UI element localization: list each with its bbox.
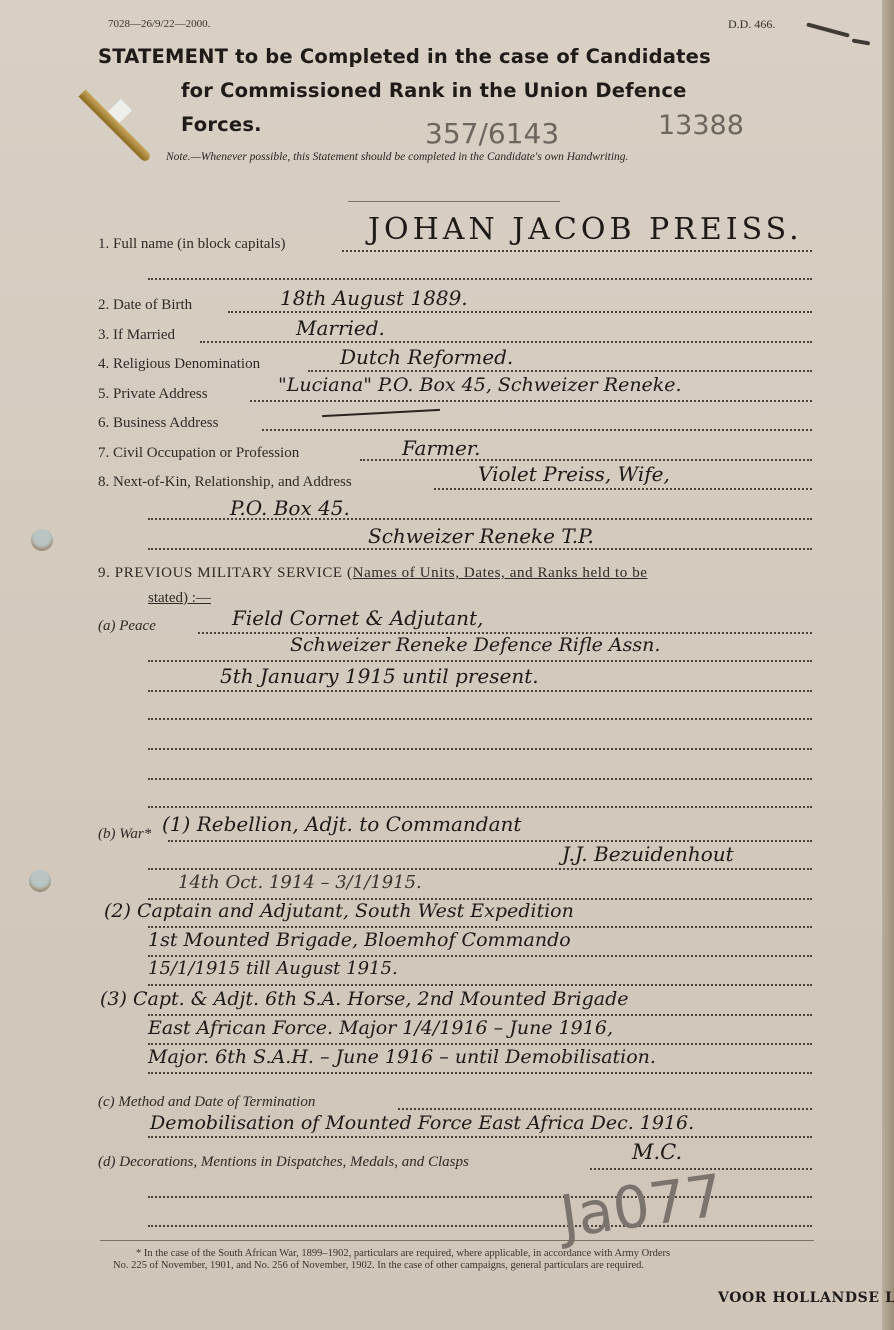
dotted-line — [148, 955, 812, 957]
pencil-reference-1: 357/6143 — [425, 117, 559, 150]
dotted-line — [148, 548, 812, 550]
peace-line-3[interactable]: 5th January 1915 until present. — [220, 664, 539, 688]
termination-value[interactable]: Demobilisation of Mounted Force East Afr… — [150, 1112, 694, 1134]
occupation-value[interactable]: Farmer. — [402, 436, 481, 460]
form-number: D.D. 466. — [728, 17, 775, 32]
title-line-3: Forces. — [181, 113, 262, 136]
punch-hole — [29, 870, 51, 892]
war-label-text: (b) War* — [98, 826, 151, 842]
page-edge — [882, 0, 894, 1330]
next-of-kin-value-1[interactable]: Violet Preiss, Wife, — [478, 462, 670, 486]
occupation-label: 7. Civil Occupation or Profession — [98, 445, 299, 462]
handwriting-note: Note.—Whenever possible, this Statement … — [166, 151, 628, 163]
war-line-6[interactable]: 15/1/1915 till August 1915. — [148, 958, 398, 979]
dotted-line — [148, 1043, 812, 1045]
print-code: 7028—26/9/22—2000. — [108, 18, 210, 30]
private-address-label: 5. Private Address — [98, 386, 208, 403]
military-heading-text: 9. PREVIOUS MILITARY SERVICE ( — [98, 565, 353, 581]
dob-value[interactable]: 18th August 1889. — [280, 286, 468, 310]
war-line-9[interactable]: Major. 6th S.A.H. – June 1916 – until De… — [148, 1046, 656, 1068]
bottom-right-heading: VOOR HOLLANDSE LE — [718, 1290, 894, 1306]
dotted-line — [228, 311, 812, 313]
dotted-line — [148, 984, 812, 986]
title-line-2: for Commissioned Rank in the Union Defen… — [181, 79, 687, 102]
dotted-line — [262, 429, 812, 431]
war-line-1[interactable]: (1) Rebellion, Adjt. to Commandant — [162, 812, 521, 836]
footnote-line-1: * In the case of the South African War, … — [136, 1248, 670, 1259]
dotted-line — [308, 370, 812, 372]
punch-hole — [31, 529, 53, 551]
dotted-line — [148, 806, 812, 808]
decorations-label: (d) Decorations, Mentions in Dispatches,… — [98, 1154, 469, 1171]
religion-label: 4. Religious Denomination — [98, 356, 260, 373]
dotted-line — [434, 488, 812, 490]
military-heading-underlined: Names of Units, Dates, and Ranks held to… — [353, 565, 648, 581]
peace-line-2[interactable]: Schweizer Reneke Defence Rifle Assn. — [290, 634, 660, 656]
military-service-heading: 9. PREVIOUS MILITARY SERVICE (Names of U… — [98, 565, 648, 582]
married-label: 3. If Married — [98, 327, 175, 344]
business-address-label: 6. Business Address — [98, 415, 218, 432]
war-line-4[interactable]: (2) Captain and Adjutant, South West Exp… — [104, 900, 574, 922]
dotted-line — [342, 250, 812, 252]
dotted-line — [250, 400, 812, 402]
header-rule — [348, 201, 560, 202]
dotted-line — [148, 868, 812, 870]
peace-line-1[interactable]: Field Cornet & Adjutant, — [232, 606, 483, 630]
peace-label: (a) Peace — [98, 618, 156, 635]
termination-label: (c) Method and Date of Termination — [98, 1094, 315, 1111]
war-line-5[interactable]: 1st Mounted Brigade, Bloemhof Commando — [148, 929, 571, 951]
private-address-value[interactable]: "Luciana" P.O. Box 45, Schweizer Reneke. — [278, 374, 682, 396]
footnote-rule — [100, 1240, 814, 1241]
next-of-kin-label: 8. Next-of-Kin, Relationship, and Addres… — [98, 474, 352, 491]
title-line-1: STATEMENT to be Completed in the case of… — [98, 45, 711, 68]
married-value[interactable]: Married. — [296, 316, 385, 340]
termination-label-text: (c) Method and Date of Termination — [98, 1094, 315, 1110]
full-name-label: 1. Full name (in block capitals) — [98, 236, 285, 253]
dotted-line — [148, 778, 812, 780]
peace-label-text: (a) Peace — [98, 618, 156, 634]
war-line-8[interactable]: East African Force. Major 1/4/1916 – Jun… — [148, 1017, 613, 1039]
dotted-line — [148, 1014, 812, 1016]
dotted-line — [200, 341, 812, 343]
war-line-2[interactable]: J.J. Bezuidenhout — [562, 842, 734, 866]
religion-value[interactable]: Dutch Reformed. — [340, 345, 513, 369]
war-label: (b) War* — [98, 826, 151, 843]
military-heading-line-2: stated) :— — [148, 590, 211, 607]
full-name-value[interactable]: JOHAN JACOB PREISS. — [368, 212, 803, 247]
dotted-line — [148, 1072, 812, 1074]
dotted-line — [148, 660, 812, 662]
dotted-line — [148, 926, 812, 928]
dotted-line — [148, 718, 812, 720]
dotted-line — [148, 1136, 812, 1138]
decorations-value[interactable]: M.C. — [632, 1140, 682, 1164]
footnote-line-2: No. 225 of November, 1901, and No. 256 o… — [113, 1260, 644, 1271]
dotted-line — [148, 690, 812, 692]
decorations-label-text: (d) Decorations, Mentions in Dispatches,… — [98, 1154, 469, 1170]
war-line-3[interactable]: 14th Oct. 1914 – 3/1/1915. — [178, 872, 422, 893]
next-of-kin-value-3[interactable]: Schweizer Reneke T.P. — [368, 524, 594, 548]
dotted-line — [148, 748, 812, 750]
dotted-line — [398, 1108, 812, 1110]
dob-label: 2. Date of Birth — [98, 297, 192, 314]
war-line-7[interactable]: (3) Capt. & Adjt. 6th S.A. Horse, 2nd Mo… — [100, 988, 628, 1010]
next-of-kin-value-2[interactable]: P.O. Box 45. — [230, 496, 350, 520]
pencil-reference-2: 13388 — [658, 110, 744, 141]
dotted-line — [148, 278, 812, 280]
